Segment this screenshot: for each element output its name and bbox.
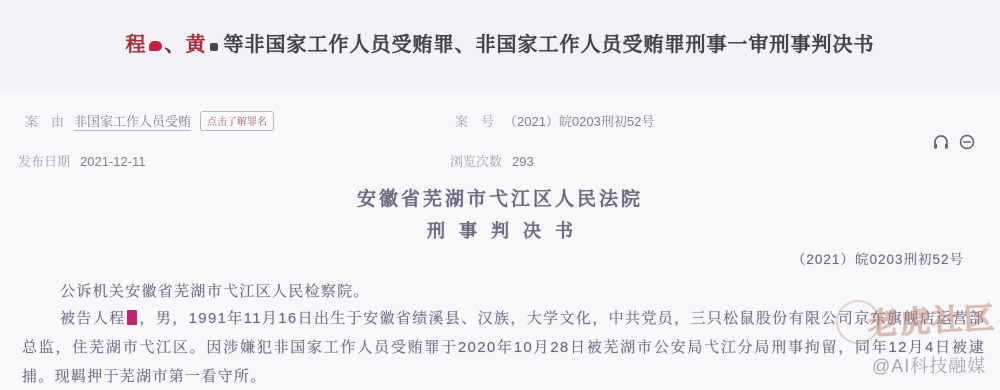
header-toolbar: [932, 133, 976, 151]
prosecution-paragraph: 公诉机关安徽省芜湖市弋江区人民检察院。: [22, 277, 985, 306]
view-count-label: 浏览次数: [450, 154, 502, 169]
meta-cause-row: 案 由非国家工作人员受贿点击了解罪名: [25, 111, 274, 131]
credit-watermark: @AI科技融媒: [872, 352, 986, 378]
redaction-mark-red: [149, 41, 162, 51]
title-separator: 、: [165, 34, 186, 56]
document-case-number: （2021）皖0203刑初52号: [792, 248, 964, 268]
publish-date-label: 发布日期: [18, 154, 70, 169]
crime-info-badge[interactable]: 点击了解罪名: [200, 111, 274, 131]
defendant-name-2: 黄: [186, 34, 207, 56]
case-number-label: 案 号: [455, 114, 494, 129]
cause-value-link[interactable]: 非国家工作人员受贿: [74, 114, 191, 131]
judgment-viewer-page: 程、黄等非国家工作人员受贿罪、非国家工作人员受贿罪刑事一审刑事判决书 案 由非国…: [0, 0, 1000, 390]
view-count-value: 293: [512, 154, 534, 169]
meta-date-row: 发布日期2021-12-11: [18, 151, 146, 170]
redaction-mark-dark: [210, 43, 218, 51]
cause-label: 案 由: [25, 114, 64, 129]
page-title: 程、黄等非国家工作人员受贿罪、非国家工作人员受贿罪刑事一审刑事判决书: [0, 28, 1000, 57]
court-name: 安徽省芜湖市弋江区人民法院: [0, 184, 1000, 211]
redaction-block-magenta: [127, 310, 137, 325]
case-number-value: （2021）皖0203刑初52号: [504, 114, 654, 129]
defendant-name-1: 程: [126, 34, 147, 56]
meta-case-row: 案 号（2021）皖0203刑初52号: [455, 111, 654, 130]
defendant-paragraph: 被告人程，男，1991年11月16日出生于安徽省绩溪县、汉族，大学文化，中共党员…: [22, 304, 985, 390]
meta-views-row: 浏览次数293: [450, 151, 534, 170]
document-type: 刑事判决书: [0, 217, 1000, 243]
title-rest: 等非国家工作人员受贿罪、非国家工作人员受贿罪刑事一审刑事判决书: [224, 34, 875, 56]
defendant-paragraph-before: 被告人程: [60, 310, 125, 327]
defendant-paragraph-after: ，男，1991年11月16日出生于安徽省绩溪县、汉族，大学文化，中共党员，三只松…: [22, 310, 985, 385]
circled-minus-icon[interactable]: [958, 133, 976, 151]
publish-date-value: 2021-12-11: [80, 154, 146, 169]
headphone-icon[interactable]: [932, 133, 950, 151]
